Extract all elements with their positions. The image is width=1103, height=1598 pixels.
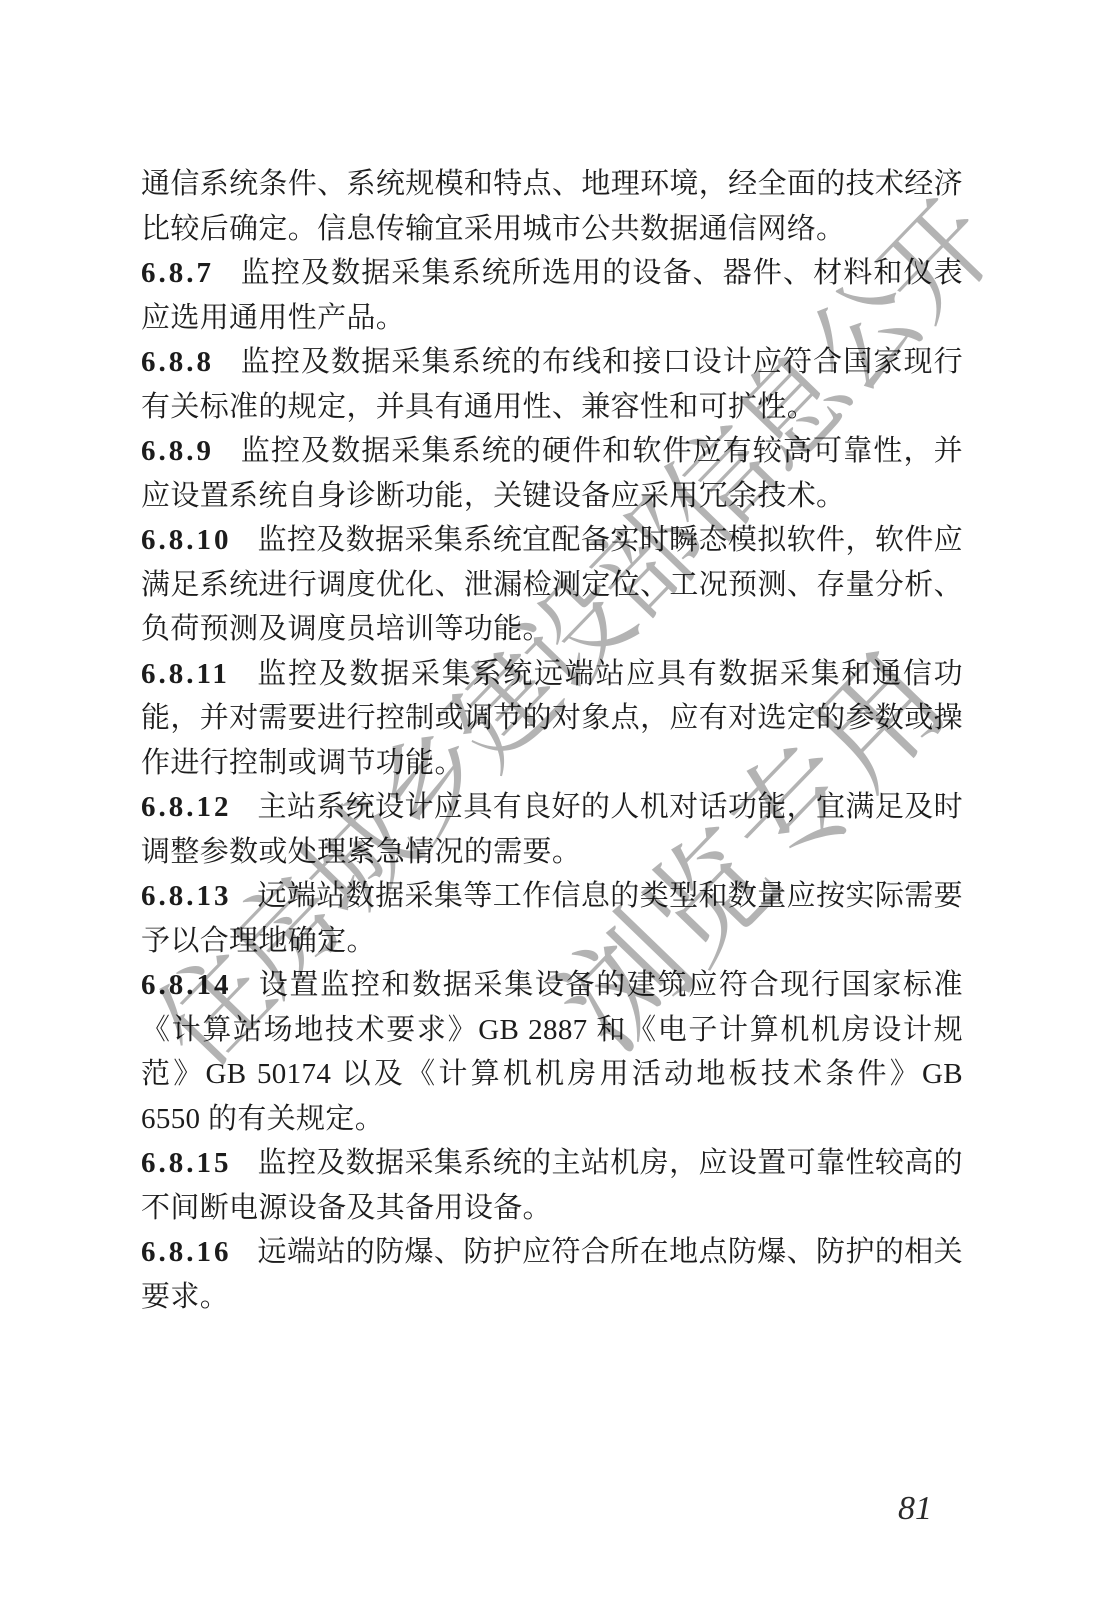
clause-text: 监控及数据采集系统远端站应具有数据采集和通信功能，并对需要进行控制或调节的对象点… — [141, 658, 963, 779]
clause-number: 6.8.14 — [141, 969, 232, 1001]
clause-text: 监控及数据采集系统所选用的设备、器件、材料和仪表应选用通用性产品。 — [141, 257, 963, 334]
clause-paragraph: 6.8.13远端站数据采集等工作信息的类型和数量应按实际需要予以合理地确定。 — [141, 874, 963, 963]
clause-text: 主站系统设计应具有良好的人机对话功能，宜满足及时调整参数或处理紧急情况的需要。 — [141, 791, 963, 868]
clause-paragraph: 6.8.10监控及数据采集系统宜配备实时瞬态模拟软件，软件应满足系统进行调度优化… — [141, 518, 963, 652]
intro-text: 通信系统条件、系统规模和特点、地理环境，经全面的技术经济比较后确定。信息传输宜采… — [141, 168, 963, 245]
clause-paragraph: 6.8.12主站系统设计应具有良好的人机对话功能，宜满足及时调整参数或处理紧急情… — [141, 785, 963, 874]
clause-text: 监控及数据采集系统的主站机房，应设置可靠性较高的不间断电源设备及其备用设备。 — [141, 1147, 963, 1224]
document-page: 通信系统条件、系统规模和特点、地理环境，经全面的技术经济比较后确定。信息传输宜采… — [0, 0, 1103, 1598]
page-number: 81 — [898, 1490, 932, 1528]
clause-paragraph: 6.8.7监控及数据采集系统所选用的设备、器件、材料和仪表应选用通用性产品。 — [141, 251, 963, 340]
clause-paragraph: 6.8.8监控及数据采集系统的布线和接口设计应符合国家现行有关标准的规定，并具有… — [141, 340, 963, 429]
clause-number: 6.8.12 — [141, 791, 232, 823]
intro-paragraph: 通信系统条件、系统规模和特点、地理环境，经全面的技术经济比较后确定。信息传输宜采… — [141, 162, 963, 251]
clause-text: 设置监控和数据采集设备的建筑应符合现行国家标准《计算站场地技术要求》GB 288… — [141, 969, 963, 1135]
clause-number: 6.8.10 — [141, 524, 232, 556]
clause-text: 监控及数据采集系统的布线和接口设计应符合国家现行有关标准的规定，并具有通用性、兼… — [141, 346, 963, 423]
clause-text: 远端站数据采集等工作信息的类型和数量应按实际需要予以合理地确定。 — [141, 880, 963, 957]
clause-number: 6.8.15 — [141, 1147, 232, 1179]
clause-number: 6.8.8 — [141, 346, 214, 378]
clause-paragraph: 6.8.14设置监控和数据采集设备的建筑应符合现行国家标准《计算站场地技术要求》… — [141, 963, 963, 1141]
clause-number: 6.8.11 — [141, 658, 230, 690]
clause-text: 远端站的防爆、防护应符合所在地点防爆、防护的相关要求。 — [141, 1236, 963, 1313]
clause-number: 6.8.9 — [141, 435, 214, 467]
clause-paragraph: 6.8.15监控及数据采集系统的主站机房，应设置可靠性较高的不间断电源设备及其备… — [141, 1141, 963, 1230]
clause-number: 6.8.7 — [141, 257, 214, 289]
clause-paragraph: 6.8.16远端站的防爆、防护应符合所在地点防爆、防护的相关要求。 — [141, 1230, 963, 1319]
clause-text: 监控及数据采集系统的硬件和软件应有较高可靠性，并应设置系统自身诊断功能，关键设备… — [141, 435, 963, 512]
clause-text: 监控及数据采集系统宜配备实时瞬态模拟软件，软件应满足系统进行调度优化、泄漏检测定… — [141, 524, 963, 645]
clause-paragraph: 6.8.9监控及数据采集系统的硬件和软件应有较高可靠性，并应设置系统自身诊断功能… — [141, 429, 963, 518]
clause-number: 6.8.13 — [141, 880, 232, 912]
content-area: 通信系统条件、系统规模和特点、地理环境，经全面的技术经济比较后确定。信息传输宜采… — [141, 162, 963, 1319]
clause-paragraph: 6.8.11监控及数据采集系统远端站应具有数据采集和通信功能，并对需要进行控制或… — [141, 652, 963, 786]
clause-number: 6.8.16 — [141, 1236, 232, 1268]
